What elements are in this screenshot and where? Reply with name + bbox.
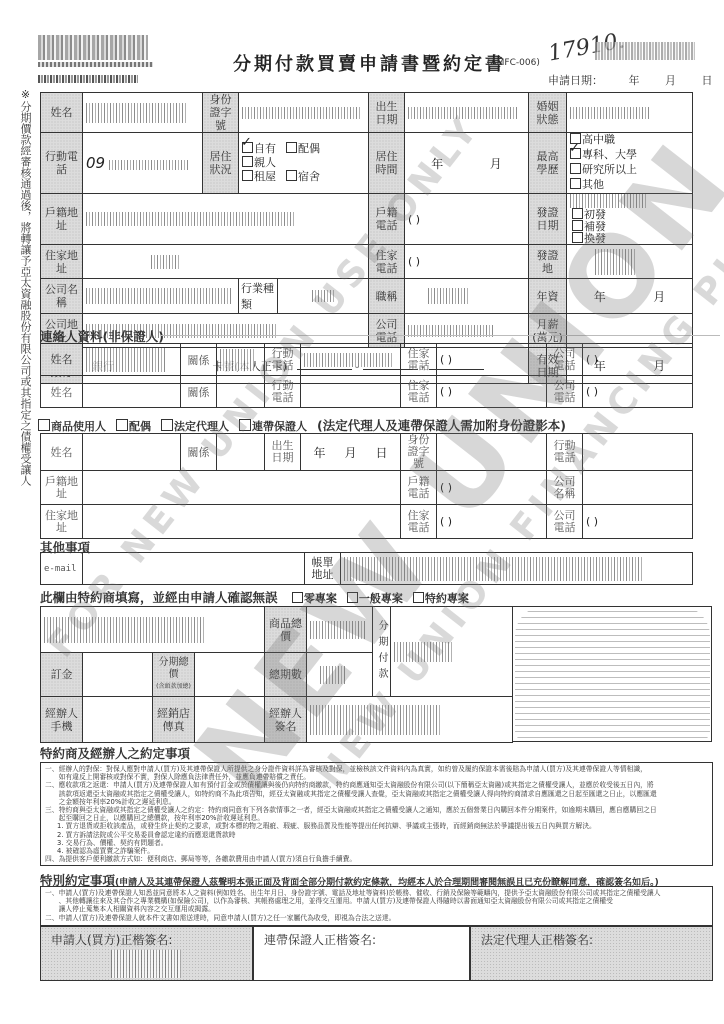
checkbox-checked-icon[interactable] — [570, 148, 581, 159]
guarantor-company-name-field[interactable] — [583, 471, 693, 505]
merchant-title: 此欄由特約商填寫，並經由申請人確認無誤 零專案一般專案特約專案 — [40, 588, 479, 606]
mobile-field[interactable]: 09 — [83, 133, 203, 194]
guarantor-signature-label: 連帶保證人正楷簽名: — [264, 931, 459, 948]
handler-mobile-label: 經辦人手機 — [41, 697, 83, 743]
marital-field[interactable] — [567, 93, 693, 133]
contact-mobile-label: 行動電話 — [265, 376, 301, 408]
guarantor-household-addr-field[interactable] — [83, 471, 401, 505]
residence-option-4[interactable]: 宿舍 — [286, 170, 320, 183]
email-field[interactable] — [83, 553, 305, 585]
contact-company-phone-label: 公司電話 — [547, 344, 583, 376]
residence-options: 自有配偶親人租屋宿舍 — [239, 133, 369, 194]
id-issue-date-field[interactable]: 初發補發換發 — [567, 194, 693, 245]
store-name-field[interactable] — [41, 607, 265, 653]
seniority-field[interactable]: 年月 — [567, 279, 693, 314]
legal-rep-signature-label: 法定代理人正楷簽名: — [481, 931, 702, 948]
special-term-item: 讓人停止蒐集本人相關資料內容之交互運用或揭露。 — [45, 905, 708, 913]
apply-date: 申請日期： 年 月 日 — [548, 72, 713, 88]
term-item: 該款項返還亞太資融或其指定之債權受讓人，如特約商不為此項告知，經亞太資融或其指定… — [45, 790, 708, 798]
issue-place-label: 發證地 — [529, 245, 567, 279]
guarantor-id-label: 身份證字號 — [401, 434, 437, 471]
contact-relation-label: 關係 — [181, 344, 217, 376]
id-issue-date-label: 發證日期 — [529, 194, 567, 245]
form-title: 分期付款買賣申請書暨約定書 — [233, 50, 506, 76]
term-sub-item: 3. 交易行為、價權、契約有問題者。 — [45, 839, 708, 847]
term-item: 二、應收款項之返還：申請人(買方)及連帶保證人如有預付訂金或於債權讓與後仍向特約… — [45, 781, 708, 789]
residence-option-2[interactable]: 親人 — [242, 156, 276, 169]
project-type-0[interactable]: 零專案 — [292, 592, 337, 605]
deposit-label: 訂金 — [41, 653, 83, 697]
residence-label: 居住狀況 — [203, 133, 239, 194]
checkbox-icon[interactable] — [242, 156, 253, 167]
contact-mobile-field[interactable] — [301, 376, 401, 408]
legal-rep-signature-box[interactable]: 法定代理人正楷簽名: — [470, 926, 713, 981]
residence-option-1[interactable]: 配偶 — [286, 142, 320, 155]
store-fax-label: 經銷店傳真 — [153, 697, 195, 743]
handler-mobile-field[interactable] — [83, 697, 153, 743]
contact-name-field[interactable] — [83, 344, 181, 376]
contact-row: 姓名 關係 行動電話 住家電話 ( ) 公司電話 ( ) — [41, 376, 693, 408]
home-phone-label: 住家電話 — [369, 245, 405, 279]
installment-total-field[interactable] — [195, 653, 265, 697]
merchant-terms-title: 特約商及經辦人之約定事項 — [40, 744, 190, 762]
term-item: 三、特約商與亞太資融或其指定之債權受讓人之約定：特約商同意有下列各款情事之一者，… — [45, 806, 708, 814]
company-name-redacted — [38, 75, 138, 83]
checkbox-icon[interactable] — [572, 220, 583, 231]
industry-cell: 行業種類 — [239, 279, 369, 314]
contact-name-label: 姓名 — [41, 344, 83, 376]
merchant-terms: 一、經辦人的對保：對保人應對申請人(買方)及其連帶保證人所提供之身分證件資料詳為… — [40, 762, 713, 866]
household-addr-label: 戶籍地址 — [41, 194, 83, 245]
guarantor-birth-field[interactable]: 年月日 — [301, 434, 401, 471]
seniority-label: 年資 — [529, 279, 567, 314]
contact-mobile-field[interactable] — [301, 344, 401, 376]
guarantor-role-0[interactable]: 商品使用人 — [38, 420, 106, 433]
contact-home-phone-label: 住家電話 — [401, 344, 437, 376]
handler-sign-label: 經辦人簽名 — [265, 697, 307, 743]
mobile-label: 行動電話 — [41, 133, 83, 194]
home-addr-label: 住家地址 — [41, 245, 83, 279]
guarantor-mobile-field[interactable] — [583, 434, 693, 471]
side-note: ※分期價款經審核通過後，將轉讓予亞太資融股份有限公司或其指定之債權受讓人 — [18, 88, 32, 486]
residence-time-field[interactable]: 年月 — [405, 133, 529, 194]
installment-vertical-label: 分期付款 — [373, 607, 391, 697]
checkbox-icon[interactable] — [292, 592, 303, 603]
contact-home-phone-field[interactable]: ( ) — [437, 344, 547, 376]
applicant-signature-label: 申請人(買方)正楷簽名: — [51, 931, 242, 948]
contact-row: 姓名 關係 行動電話 住家電話 ( ) 公司電話 ( ) — [41, 344, 693, 376]
guarantor-signature-box[interactable]: 連帶保證人正楷簽名: — [253, 926, 470, 981]
birth-label: 出生日期 — [369, 93, 405, 133]
education-label: 最高學歷 — [529, 133, 567, 194]
billing-addr-label: 帳單地址 — [305, 553, 341, 585]
applicant-signature-box[interactable]: 申請人(買方)正楷簽名: — [40, 926, 253, 981]
form-code: (AMFC-006) — [487, 58, 540, 68]
guarantor-company-name-label: 公司名稱 — [547, 471, 583, 505]
job-title-label: 職稱 — [369, 279, 405, 314]
checkbox-icon[interactable] — [347, 592, 358, 603]
id-issue-type-2[interactable]: 換發 — [572, 232, 606, 245]
residence-option-0[interactable]: 自有 — [242, 142, 276, 155]
residence-option-3[interactable]: 租屋 — [242, 170, 276, 183]
other-table: e-mail 帳單地址 — [40, 552, 693, 585]
term-item: 一、經辦人的對保：對保人應對申請人(買方)及其連帶保證人所提供之身分證件資料詳為… — [45, 765, 708, 773]
checkbox-icon[interactable] — [161, 419, 173, 431]
checkbox-icon[interactable] — [286, 170, 297, 181]
apply-date-label: 申請日期： — [548, 74, 603, 87]
guarantor-roles: 商品使用人配偶法定代理人連帶保證人(法定代理人及連帶保證人需加附身份證影本) — [38, 416, 566, 434]
contact-company-phone-field[interactable]: ( ) — [583, 344, 693, 376]
guarantor-id-field[interactable] — [437, 434, 547, 471]
guarantor-name-field[interactable] — [83, 434, 181, 471]
mobile-prefix: 09 — [86, 154, 105, 172]
contacts-table: 姓名 關係 行動電話 住家電話 ( ) 公司電話 ( ) 姓名 關係 行動電話 … — [40, 343, 693, 408]
home-phone-field[interactable]: ( ) — [405, 245, 529, 279]
term-sub-item: 2. 買方訴請法院或公平交易委員會認定違約而應退還貨款時 — [45, 831, 708, 839]
term-item: 四、為提供客戶便利繳款方式如：便利商店、郵局等等，各繳款費用由申請人(買方)須自… — [45, 855, 708, 863]
guarantor-birth-label: 出生日期 — [265, 434, 301, 471]
issue-place-field[interactable] — [567, 245, 693, 279]
education-option-2[interactable]: 研究所以上 — [570, 163, 637, 176]
guarantor-home-phone-label: 住家電話 — [401, 505, 437, 539]
guarantor-household-addr-label: 戶籍地址 — [41, 471, 83, 505]
checkbox-icon[interactable] — [570, 163, 581, 174]
special-term-item: 二、申請人(買方)及連帶保證人就本件文書如需送達時，同意申請人(買方)之任一家屬… — [45, 914, 708, 922]
project-type-2[interactable]: 特約專案 — [413, 592, 469, 605]
guarantor-household-phone-field[interactable]: ( ) — [437, 471, 547, 505]
contact-home-phone-label: 住家電話 — [401, 376, 437, 408]
checkbox-icon[interactable] — [242, 170, 253, 181]
checkbox-checked-icon[interactable] — [242, 142, 253, 153]
household-phone-label: 戶籍電話 — [369, 194, 405, 245]
household-phone-field[interactable]: ( ) — [405, 194, 529, 245]
special-term-item: 一、申請人(買方)及連帶保證人知悉並同意將本人之資料(例如姓名、出生年月日、身份… — [45, 889, 708, 897]
household-addr-field[interactable] — [83, 194, 369, 245]
project-type-1[interactable]: 一般專案 — [347, 592, 403, 605]
education-option-3[interactable]: 其他 — [570, 178, 604, 191]
guarantor-name-label: 姓名 — [41, 434, 83, 471]
contact-relation-label: 關係 — [181, 376, 217, 408]
guarantor-household-phone-label: 戶籍電話 — [401, 471, 437, 505]
residence-time-label: 居住時間 — [369, 133, 405, 194]
store-fax-field[interactable] — [195, 697, 265, 743]
checkbox-icon[interactable] — [413, 592, 424, 603]
term-item: 之金額按年利率20%計收之遲延利息。 — [45, 798, 708, 806]
contact-name-field[interactable] — [83, 376, 181, 408]
name-label: 姓名 — [41, 93, 83, 133]
guarantor-relation-label: 關係 — [181, 434, 217, 471]
periods-label: 總期數 — [265, 653, 307, 697]
company-name-field[interactable] — [83, 279, 239, 314]
birth-field[interactable] — [405, 93, 529, 133]
contact-company-phone-label: 公司電話 — [547, 376, 583, 408]
guarantor-role-1[interactable]: 配偶 — [116, 420, 151, 433]
education-options: 高中職專科、大學研究所以上其他 — [567, 133, 693, 194]
merchant-stamp-box — [512, 606, 712, 742]
checkbox-icon[interactable] — [38, 419, 50, 431]
marital-label: 婚姻狀態 — [529, 93, 567, 133]
corner-barcode-redacted — [595, 42, 695, 60]
home-addr-field[interactable] — [83, 245, 369, 279]
merchant-table: 商品總價 分期付款 訂金 分期總價 (含頭款加總) 總期數 經辦人手機 經銷店傳… — [40, 606, 513, 743]
contact-relation-field[interactable] — [217, 376, 265, 408]
checkbox-icon[interactable] — [572, 232, 583, 243]
id-field[interactable] — [239, 93, 369, 133]
company-name-label: 公司名稱 — [41, 279, 83, 314]
guarantor-home-addr-label: 住家地址 — [41, 505, 83, 539]
guarantor-table: 姓名 關係 出生日期 年月日 身份證字號 行動電話 戶籍地址 戶籍電話 ( ) … — [40, 433, 693, 539]
special-terms: 一、申請人(買方)及連帶保證人知悉並同意將本人之資料(例如姓名、出生年月日、身份… — [40, 886, 713, 926]
contact-name-label: 姓名 — [41, 376, 83, 408]
periods-field[interactable] — [307, 653, 373, 697]
company-subtitle-redacted — [38, 62, 153, 67]
id-label: 身份證字號 — [203, 93, 239, 133]
job-title-field[interactable] — [405, 279, 529, 314]
checkbox-icon[interactable] — [116, 419, 128, 431]
company-logo — [38, 35, 148, 60]
guarantor-role-3[interactable]: 連帶保證人 — [239, 420, 307, 433]
contact-mobile-label: 行動電話 — [265, 344, 301, 376]
contact-home-phone-field[interactable]: ( ) — [437, 376, 547, 408]
apply-date-year[interactable]: 年 — [629, 74, 640, 87]
email-label: e-mail — [41, 553, 83, 585]
billing-addr-field[interactable] — [341, 553, 693, 585]
contact-company-phone-field[interactable]: ( ) — [583, 376, 693, 408]
checkbox-icon[interactable] — [239, 419, 251, 431]
apply-date-month[interactable]: 月 — [665, 74, 676, 87]
checkbox-icon[interactable] — [570, 178, 581, 189]
checkbox-icon[interactable] — [286, 142, 297, 153]
checkbox-icon[interactable] — [572, 208, 583, 219]
industry-field[interactable] — [278, 279, 368, 313]
guarantor-home-phone-field[interactable]: ( ) — [437, 505, 547, 539]
apply-date-day[interactable]: 日 — [702, 74, 713, 87]
guarantor-role-2[interactable]: 法定代理人 — [161, 420, 229, 433]
term-sub-item: 4. 被確認為虛買賣之詐騙案件。 — [45, 847, 708, 855]
term-sub-item: 1. 買方退貨或拒收該產品，或發生終止契約之要求，或對本標的物之瑕疵、瑕疵、服務… — [45, 822, 708, 830]
contact-relation-field[interactable] — [217, 344, 265, 376]
roles-note: (法定代理人及連帶保證人需加附身份證影本) — [317, 418, 566, 433]
total-price-field[interactable] — [307, 607, 373, 653]
deposit-field[interactable] — [83, 653, 153, 697]
handler-sign-field[interactable] — [307, 697, 513, 743]
installment-total-label: 分期總價 (含頭款加總) — [153, 653, 195, 697]
name-field[interactable] — [83, 93, 203, 133]
guarantor-relation-field[interactable] — [217, 434, 265, 471]
installment-amount-field[interactable] — [391, 607, 513, 697]
guarantor-company-phone-field[interactable]: ( ) — [583, 505, 693, 539]
total-price-label: 商品總價 — [265, 607, 307, 653]
industry-label: 行業種類 — [239, 279, 278, 313]
guarantor-mobile-label: 行動電話 — [547, 434, 583, 471]
guarantor-company-phone-label: 公司電話 — [547, 505, 583, 539]
guarantor-home-addr-field[interactable] — [83, 505, 401, 539]
education-option-1[interactable]: 專科、大學 — [570, 148, 637, 161]
